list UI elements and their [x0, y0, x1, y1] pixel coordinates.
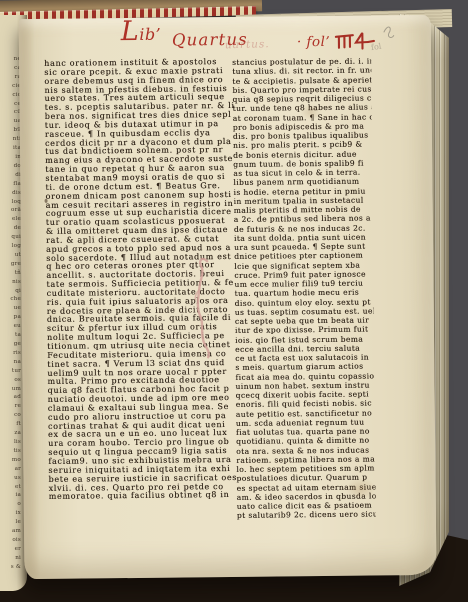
- gutter-text-fragment: ft: [10, 420, 21, 429]
- text-line: pt salutarib9 2c. dicens uero sicut: [237, 510, 376, 521]
- text-line: memoratoe. quia facilius obtinet q8 in: [49, 491, 240, 502]
- gutter-text-fragment: lis: [10, 438, 21, 447]
- gutter-text-fragment: tis: [10, 447, 21, 456]
- gutter-text-fragment: um: [10, 385, 21, 394]
- gutter-text-fragment: dis: [10, 189, 21, 198]
- book-photo: necaracieciccecūuab9ntiitaindodifladislo…: [0, 0, 468, 602]
- gutter-text-fragment: os: [10, 376, 21, 385]
- gutter-text-fragment: che: [10, 295, 21, 304]
- gutter-text-fragment: ni: [10, 554, 21, 563]
- gutter-text-fragment: s &: [10, 563, 21, 572]
- gutter-text-fragment: pa: [10, 313, 21, 322]
- book-page: Lib’ Quartus uartus. · fol’ fol hanc ora…: [19, 15, 437, 579]
- gutter-text-fragment: tñ: [10, 269, 21, 278]
- gutter-text-fragment: gre: [10, 260, 21, 269]
- gutter-text-fragment: ix: [10, 509, 21, 518]
- gutter-text-fragment: za: [10, 429, 21, 438]
- gutter-text-fragment: ta: [10, 331, 21, 340]
- gutter-text-fragment: et: [10, 483, 21, 492]
- ink-speck: [45, 199, 48, 203]
- gutter-text-fragment: le: [10, 518, 21, 527]
- gutter-text-fragment: ris: [10, 349, 21, 358]
- gutter-text-fragment: qi: [10, 287, 21, 296]
- gutter-text-fragment: tur: [10, 367, 21, 376]
- gutter-text-fragment: er: [10, 545, 21, 554]
- gutter-text-fragment: na: [10, 358, 21, 367]
- gutter-text-fragment: ge: [10, 340, 21, 349]
- text-column-right: stancius postulatur de pe. di. i. import…: [232, 56, 376, 525]
- ink-offset-ghost-text: uartus.: [225, 38, 270, 51]
- red-flourish-mark: [191, 255, 222, 369]
- folio-label: · fol’: [297, 34, 330, 50]
- gutter-text-fragment: de: [10, 224, 21, 233]
- gutter-text-fragment: orā: [10, 206, 21, 215]
- running-head-book-label: Lib’: [121, 22, 162, 44]
- gutter-text-fragment: ois: [10, 536, 21, 545]
- gutter-text-fragment: ut: [10, 251, 21, 260]
- gutter-text-fragment: log: [10, 242, 21, 251]
- gutter-text-fragment: qui: [10, 233, 21, 242]
- ink-scribble: [381, 21, 399, 45]
- gutter-text-fragment: ue: [10, 304, 21, 313]
- gutter-text-fragment: nis: [10, 278, 21, 287]
- gutter-text-fragment: ia: [10, 491, 21, 500]
- gutter-text-fragment: loq: [10, 198, 21, 207]
- gutter-text-fragment: mo: [10, 456, 21, 465]
- gutter-text-fragment: re: [10, 402, 21, 411]
- gutter-text-fragment: o: [10, 500, 21, 509]
- gutter-text-fragment: co: [10, 411, 21, 420]
- gutter-text-fragment: am: [10, 527, 21, 536]
- gutter-text-fragment: ar: [10, 465, 21, 474]
- gutter-text-fragment: ad: [10, 393, 21, 402]
- gutter-text-fragment: ele: [10, 215, 21, 224]
- gutter-text-fragment: eu: [10, 322, 21, 331]
- gutter-text-fragment: us: [10, 474, 21, 483]
